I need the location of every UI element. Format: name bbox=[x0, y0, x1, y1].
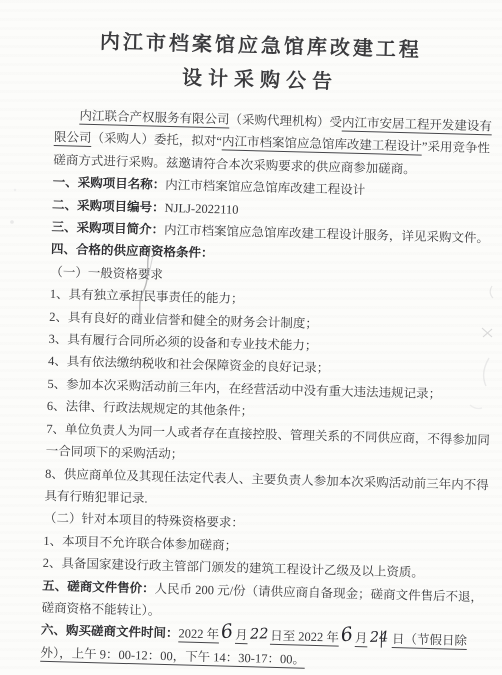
section-3-label: 三、采购项目简介： bbox=[51, 220, 164, 237]
document-content: 内江市档案馆应急馆库改建工程 设计采购公告 内江联合产权服务有限公司（采购代理机… bbox=[40, 20, 502, 675]
agency-suffix: （采购代理机构）受 bbox=[229, 113, 342, 130]
paper-speck-2 bbox=[14, 189, 16, 191]
section-5-label: 五、磋商文件售价： bbox=[42, 578, 155, 595]
section-1-value: 内江市档案馆应急馆库改建工程设计 bbox=[165, 178, 365, 197]
printed-date-fragment-2: 月 bbox=[235, 628, 248, 642]
agency-name: 内江联合产权服务有限公司 bbox=[79, 109, 229, 127]
section-2-value: NJLJ-2022110 bbox=[164, 201, 238, 217]
section-6-label: 六、购买磋商文件时间： bbox=[41, 623, 179, 641]
paper-speck-1 bbox=[10, 220, 14, 224]
purchaser-suffix: （采购人）委托，拟对“ bbox=[91, 131, 222, 148]
document-body: 内江联合产权服务有限公司（采购代理机构）受内江市安居工程开发建设有限公司（采购人… bbox=[40, 104, 502, 675]
handwritten-month-1: 6 bbox=[221, 631, 233, 633]
project-name-quoted: 内江市档案馆应急馆库改建工程设计 bbox=[222, 135, 422, 154]
section-2-label: 二、采购项目编号： bbox=[52, 198, 165, 215]
handwritten-month-2: 6 bbox=[341, 634, 353, 636]
doc-title-line-2: 设计采购公告 bbox=[55, 60, 502, 102]
scanned-document-page: 内江市档案馆应急馆库改建工程 设计采购公告 内江联合产权服务有限公司（采购代理机… bbox=[0, 0, 502, 675]
intro-paragraph: 内江联合产权服务有限公司（采购代理机构）受内江市安居工程开发建设有限公司（采购人… bbox=[53, 104, 502, 183]
section-4-label: 四、合格的供应商资格条件： bbox=[51, 242, 214, 260]
printed-date-fragment-3: 日至 2022 年 bbox=[270, 629, 339, 645]
printed-date-fragment-4: 月 bbox=[355, 631, 368, 645]
section-1-label: 一、采购项目名称： bbox=[53, 175, 166, 192]
printed-date-fragment-1: 2022 年 bbox=[178, 627, 219, 642]
